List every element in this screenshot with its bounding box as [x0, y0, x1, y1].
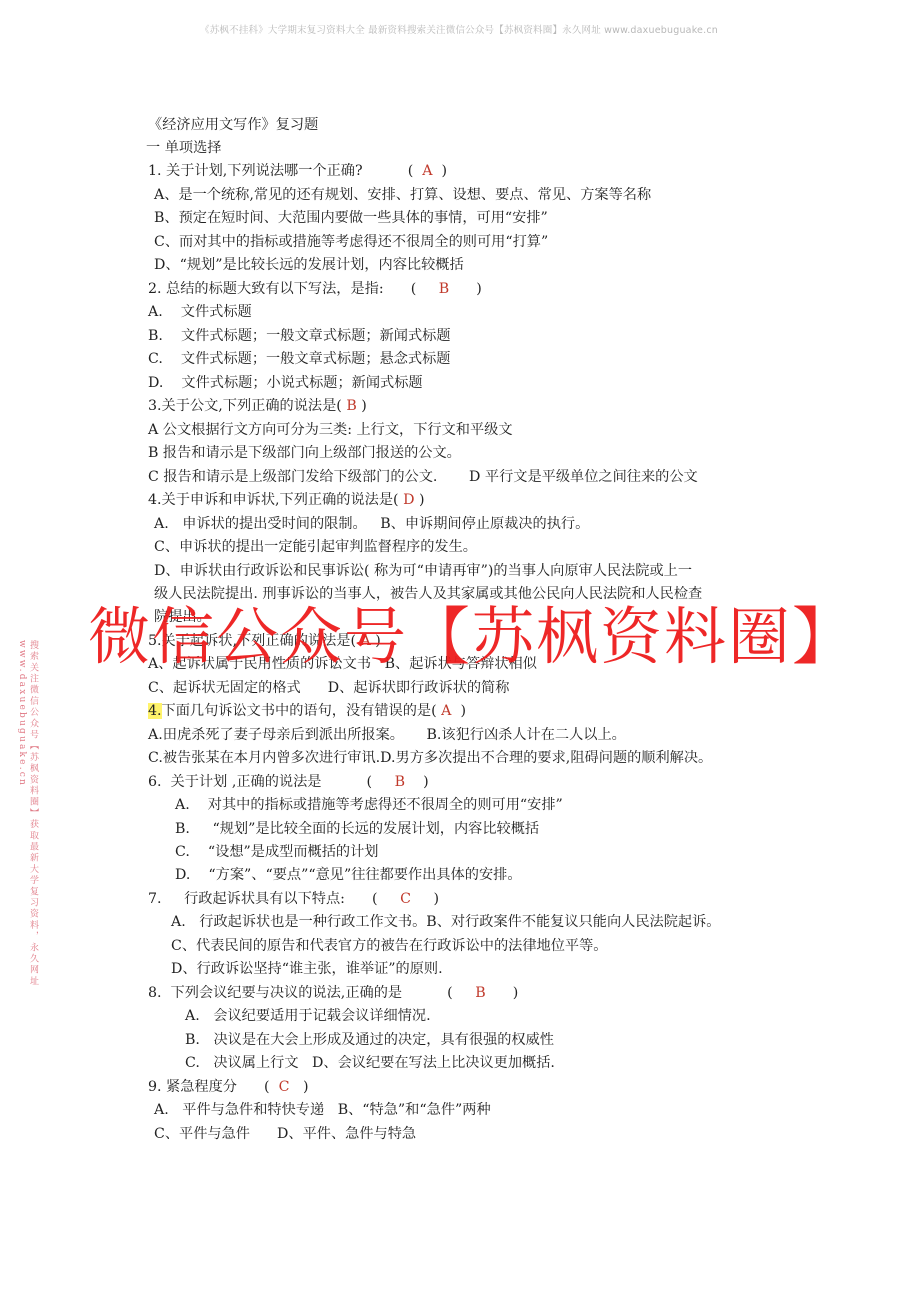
- question-3-option-cd: C 报告和请示是上级部门发给下级部门的公文. D 平行文是平级单位之间往来的公文: [148, 468, 698, 486]
- question-8-option-ab: A. 行政起诉状也是一种行政工作文书。B、对行政案件不能复议只能向人民法院起诉。: [171, 913, 720, 931]
- question-7-answer: B: [395, 774, 405, 790]
- question-9-option-b: B. 决议是在大会上形成及通过的决定，具有很强的权威性: [185, 1031, 554, 1049]
- question-10-option-cd: C、平件与急件 D、平件、急件与特急: [154, 1125, 416, 1143]
- section-heading: 一 单项选择: [146, 139, 221, 157]
- question-9-stem: 8. 下列会议纪要与决议的说法,正确的是 ( B ): [148, 984, 518, 1002]
- question-4-option-d: D、申诉状由行政诉讼和民事诉讼( 称为可“申请再审”)的当事人向原审人民法院或上…: [154, 562, 692, 580]
- question-6-option-cd: C.被告张某在本月内曾多次进行审讯.D.男方多次提出不合理的要求,阻碍问题的顺利…: [148, 749, 712, 767]
- question-8-stem: 7. 行政起诉状具有以下特点: ( C ): [148, 890, 439, 908]
- question-2-option-b: B. 文件式标题；一般文章式标题；新闻式标题: [148, 327, 451, 345]
- overlay-watermark: 微信公众号【苏枫资料圈】: [88, 602, 856, 672]
- question-3-option-b: B 报告和请示是下级部门向上级部门报送的公文。: [148, 444, 461, 462]
- document-title: 《经济应用文写作》复习题: [148, 116, 318, 134]
- question-6-answer: A: [441, 703, 451, 719]
- question-3-stem: 3.关于公文,下列正确的说法是( B ): [148, 397, 367, 415]
- question-7-option-a: A. 对其中的指标或措施等考虑得还不很周全的则可用“安排”: [175, 796, 563, 814]
- question-10-answer: C: [279, 1079, 290, 1095]
- question-2-answer: B: [439, 281, 449, 297]
- question-4-option-c: C、申诉状的提出一定能引起审判监督程序的发生。: [154, 538, 477, 556]
- question-9-answer: B: [475, 985, 485, 1001]
- question-1-option-c: C、而对其中的指标或措施等考虑得还不很周全的则可用“打算”: [154, 233, 548, 251]
- question-3-option-a: A 公文根据行文方向可分为三类: 上行文，下行文和平级文: [148, 421, 513, 439]
- question-8-option-c: C、代表民间的原告和代表官方的被告在行政诉讼中的法律地位平等。: [171, 937, 607, 955]
- question-2-option-a: A. 文件式标题: [148, 303, 252, 321]
- question-1-option-a: A、是一个统称,常见的还有规划、安排、打算、设想、要点、常见、方案等名称: [154, 186, 651, 204]
- question-3-answer: B: [346, 398, 356, 414]
- question-2-option-d: D. 文件式标题；小说式标题；新闻式标题: [148, 374, 423, 392]
- header-banner: 《苏枫不挂科》大学期末复习资料大全 最新资料搜索关注微信公众号【苏枫资料圈】永久…: [0, 22, 918, 36]
- question-5-option-cd: C、起诉状无固定的格式 D、起诉状即行政诉状的简称: [148, 679, 509, 697]
- question-7-option-c: C. “设想”是成型而概括的计划: [175, 843, 378, 861]
- question-1-option-d: D、“规划”是比较长远的发展计划，内容比较概括: [154, 256, 464, 274]
- question-7-option-d: D. “方案”、“要点”“意见”往往都要作出具体的安排。: [175, 866, 522, 884]
- question-8-option-d: D、行政诉讼坚持“谁主张，谁举证”的原则.: [171, 960, 443, 978]
- question-2-option-c: C. 文件式标题；一般文章式标题；悬念式标题: [148, 350, 450, 368]
- side-watermark: 搜索关注微信公众号【苏枫资料圈】获取最新大学复习资料，永久网址 www.daxu…: [17, 640, 40, 1080]
- question-4-option-ab: A. 申诉状的提出受时间的限制。 B、申诉期间停止原裁决的执行。: [154, 515, 589, 533]
- question-2-stem: 2. 总结的标题大致有以下写法，是指: ( B ): [148, 280, 482, 298]
- highlighted-number: 4.: [148, 703, 162, 719]
- question-10-option-ab: A. 平件与急件和特快专递 B、“特急”和“急件”两种: [154, 1101, 491, 1119]
- question-1-stem: 1. 关于计划,下列说法哪一个正确? ( A ): [148, 162, 447, 180]
- question-8-answer: C: [400, 891, 411, 907]
- question-10-stem: 9. 紧急程度分 ( C ): [148, 1078, 309, 1096]
- question-7-option-b: B. “规划”是比较全面的长远的发展计划，内容比较概括: [175, 820, 539, 838]
- question-1-option-b: B、预定在短时间、大范围内要做一些具体的事情，可用“安排”: [154, 209, 548, 227]
- question-4-answer: D: [403, 492, 414, 508]
- question-6-stem: 4.下面几句诉讼文书中的语句，没有错误的是( A ): [148, 702, 466, 720]
- question-4-stem: 4.关于申诉和申诉状,下列正确的说法是( D ): [148, 491, 425, 509]
- question-6-option-ab: A.田虎杀死了妻子母亲后到派出所报案。 B.该犯行凶杀人计在二人以上。: [148, 726, 626, 744]
- question-1-answer: A: [422, 163, 432, 179]
- question-9-option-a: A. 会议纪要适用于记载会议详细情况.: [185, 1007, 431, 1025]
- question-9-option-cd: C. 决议属上行文 D、会议纪要在写法上比决议更加概括.: [185, 1054, 555, 1072]
- question-7-stem: 6. 关于计划 ,正确的说法是 ( B ): [148, 773, 429, 791]
